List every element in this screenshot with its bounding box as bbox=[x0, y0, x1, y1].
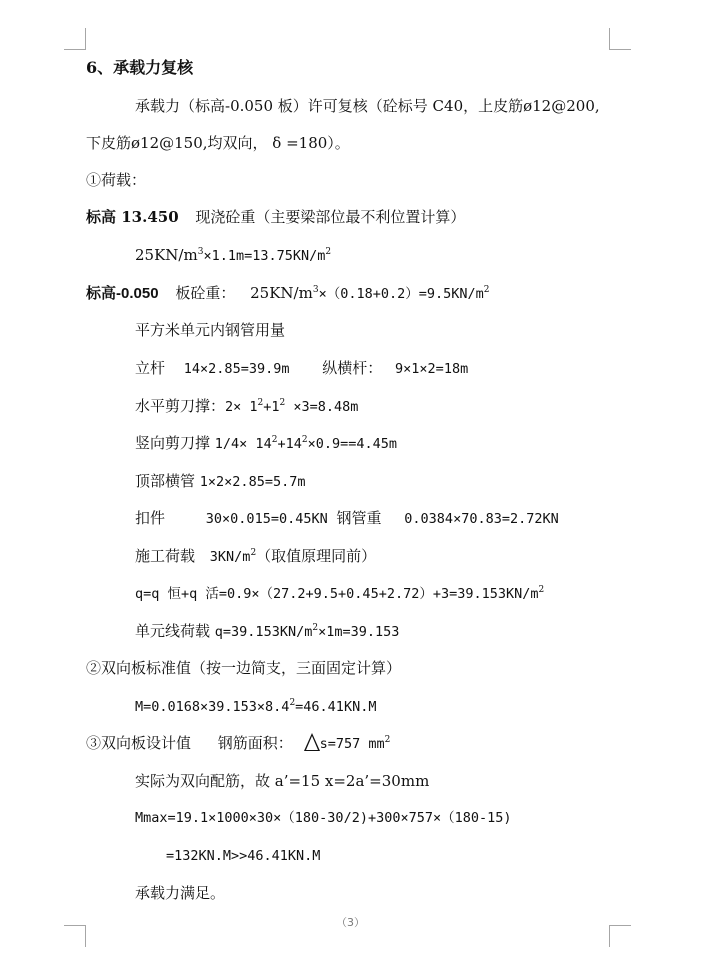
item-label: 钢筋面积： bbox=[218, 734, 293, 752]
item-label: 扣件 bbox=[135, 509, 165, 527]
calc-text: ×（0.18+0.2）=9.5KN/m bbox=[319, 286, 484, 302]
section-heading: 6、承载力复核 bbox=[86, 58, 193, 78]
calc-text: M=0.0168×39.153×8.4 bbox=[135, 699, 289, 715]
item-label: 水平剪刀撑： bbox=[135, 397, 225, 415]
calc-text: 25KN/m bbox=[135, 246, 198, 264]
note-text: （取值原理同前） bbox=[256, 547, 376, 565]
moment-calc-row: M=0.0168×39.153×8.42=46.41KN.M bbox=[135, 696, 376, 717]
mmax-calc-row: Mmax=19.1×1000×30×（180-30/2)+300×757×（18… bbox=[135, 808, 512, 828]
page-corner-mark-bottom-right bbox=[609, 925, 631, 947]
elevation-label: 标高 13.450 bbox=[86, 208, 179, 226]
item-label: 纵横杆： bbox=[322, 359, 382, 377]
intro-paragraph-line-2: 下皮筋ø12@150,均双向， δ =180）。 bbox=[86, 133, 350, 153]
conclusion-text: 承载力满足。 bbox=[135, 883, 225, 903]
elevation-description: 现浇砼重（主要梁部位最不利位置计算） bbox=[195, 208, 465, 226]
load-section-title: ①荷载： bbox=[86, 170, 146, 190]
calc-text: +14 bbox=[277, 436, 301, 452]
calc-text: 0.0384×70.83=2.72KN bbox=[404, 511, 558, 527]
calc-text: 14×2.85=39.9m bbox=[184, 361, 290, 377]
triangle-delta-icon bbox=[304, 733, 320, 751]
page-corner-mark-top-right bbox=[609, 28, 631, 50]
calc-text: =46.41KN.M bbox=[295, 699, 376, 715]
calc-text: ×1.1m=13.75KN/m bbox=[203, 248, 325, 264]
calc-text: 25KN/m bbox=[250, 284, 313, 302]
calc-text: s=757 mm bbox=[320, 736, 385, 752]
calc-text: 2× 1 bbox=[225, 399, 258, 415]
elevation-neg0050-row: 标高-0.050 板砼重： 25KN/m3×（0.18+0.2）=9.5KN/m… bbox=[86, 283, 489, 304]
intro-paragraph-line-1: 承载力（标高-0.050 板）许可复核（砼标号 C40，上皮筋ø12@200, bbox=[135, 96, 600, 116]
calc-text: q=q 恒+q 活=0.9×（27.2+9.5+0.45+2.72）+3=39.… bbox=[135, 586, 539, 602]
superscript: 2 bbox=[325, 247, 331, 257]
calc-text: ×1m=39.153 bbox=[318, 624, 399, 640]
item-label: 立杆 bbox=[135, 359, 165, 377]
fastener-row: 扣件 30×0.015=0.45KN 钢管重 0.0384×70.83=2.72… bbox=[135, 508, 559, 529]
calc-text: 9×1×2=18m bbox=[395, 361, 468, 377]
unit-line-load-row: 单元线荷载 q=39.153KN/m2×1m=39.153 bbox=[135, 621, 399, 642]
calc-text: +1 bbox=[263, 399, 279, 415]
mmax-result-row: =132KN.M>>46.41KN.M bbox=[166, 846, 320, 866]
item-label: 竖向剪刀撑 bbox=[135, 434, 210, 452]
elevation-label: 标高-0.050 bbox=[86, 285, 159, 302]
two-way-slab-standard-title: ②双向板标准值（按一边简支，三面固定计算） bbox=[86, 658, 401, 678]
calc-text: ×3=8.48m bbox=[285, 399, 358, 415]
calc-text: ×0.9==4.45m bbox=[308, 436, 397, 452]
page-corner-mark-top-left bbox=[64, 28, 86, 50]
superscript: 2 bbox=[539, 585, 545, 595]
calc-text: 30×0.015=0.45KN bbox=[206, 511, 328, 527]
item-label: 钢管重 bbox=[337, 509, 382, 527]
item-label: 顶部横管 bbox=[135, 472, 195, 490]
elevation-13450-calc: 25KN/m3×1.1m=13.75KN/m2 bbox=[135, 245, 331, 266]
construction-load-row: 施工荷载 3KN/m2（取值原理同前） bbox=[135, 546, 376, 567]
two-way-slab-design-row: ③双向板设计值 钢筋面积： s=757 mm2 bbox=[86, 733, 390, 754]
calc-text: 3KN/m bbox=[210, 549, 251, 565]
calc-text: 1/4× 14 bbox=[215, 436, 272, 452]
elevation-description: 板砼重： bbox=[175, 284, 235, 302]
calc-text: q=39.153KN/m bbox=[215, 624, 313, 640]
page-corner-mark-bottom-left bbox=[64, 925, 86, 947]
superscript: 2 bbox=[385, 735, 391, 745]
horizontal-brace-row: 水平剪刀撑：2× 12+12 ×3=8.48m bbox=[135, 396, 358, 417]
steel-usage-title: 平方米单元内钢管用量 bbox=[135, 320, 285, 340]
item-label: 单元线荷载 bbox=[135, 622, 210, 640]
page-number: （3） bbox=[336, 914, 365, 930]
actual-reinforcement-row: 实际为双向配筋，故 a’=15 x=2a’=30mm bbox=[135, 771, 429, 791]
section-title: ③双向板设计值 bbox=[86, 734, 191, 752]
superscript: 2 bbox=[484, 285, 490, 295]
pole-row: 立杆 14×2.85=39.9m 纵横杆： 9×1×2=18m bbox=[135, 358, 468, 379]
vertical-brace-row: 竖向剪刀撑 1/4× 142+142×0.9==4.45m bbox=[135, 433, 397, 454]
top-pipe-row: 顶部横管 1×2×2.85=5.7m bbox=[135, 471, 305, 492]
elevation-13450-row: 标高 13.450 现浇砼重（主要梁部位最不利位置计算） bbox=[86, 207, 465, 227]
calc-text: 1×2×2.85=5.7m bbox=[200, 474, 306, 490]
item-label: 施工荷载 bbox=[135, 547, 195, 565]
q-total-row: q=q 恒+q 活=0.9×（27.2+9.5+0.45+2.72）+3=39.… bbox=[135, 583, 544, 604]
